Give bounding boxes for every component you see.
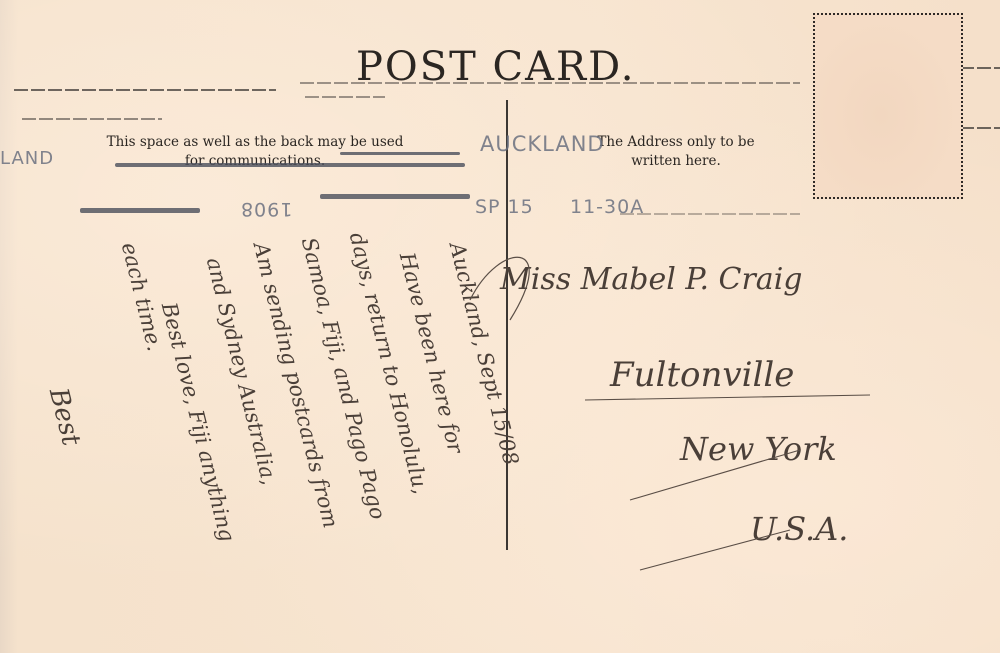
rule-line (305, 96, 385, 98)
message-signature: Best (43, 385, 86, 449)
postmark-date: SP 15 (475, 196, 534, 218)
cancel-bar (80, 208, 200, 213)
rule-line (22, 118, 162, 120)
address-divider-line (506, 100, 508, 550)
postmark-city-fragment: LAND (0, 148, 54, 169)
rule-line (14, 89, 276, 91)
postmark-time: 11-30A (570, 196, 644, 218)
rule-line (960, 67, 1000, 69)
address-line2: Fultonville (610, 355, 794, 395)
rule-line (960, 127, 1000, 129)
rule-line (620, 213, 800, 215)
postmark-year: 1908 (240, 198, 292, 220)
postmark-city: AUCKLAND (480, 132, 605, 156)
left-instruction-line1: This space as well as the back may be us… (40, 133, 470, 152)
message-line: each time. (117, 240, 167, 354)
address-line3: New York (680, 430, 837, 468)
cancel-bar (340, 152, 460, 155)
stamp-area (813, 13, 963, 199)
cancel-bar (320, 194, 470, 199)
postcard-back: POST CARD. This space as well as the bac… (0, 0, 1000, 653)
address-line4: U.S.A. (750, 510, 848, 548)
rule-line (300, 82, 800, 84)
address-line1: Miss Mabel P. Craig (500, 262, 803, 297)
cancel-bar (115, 163, 465, 167)
